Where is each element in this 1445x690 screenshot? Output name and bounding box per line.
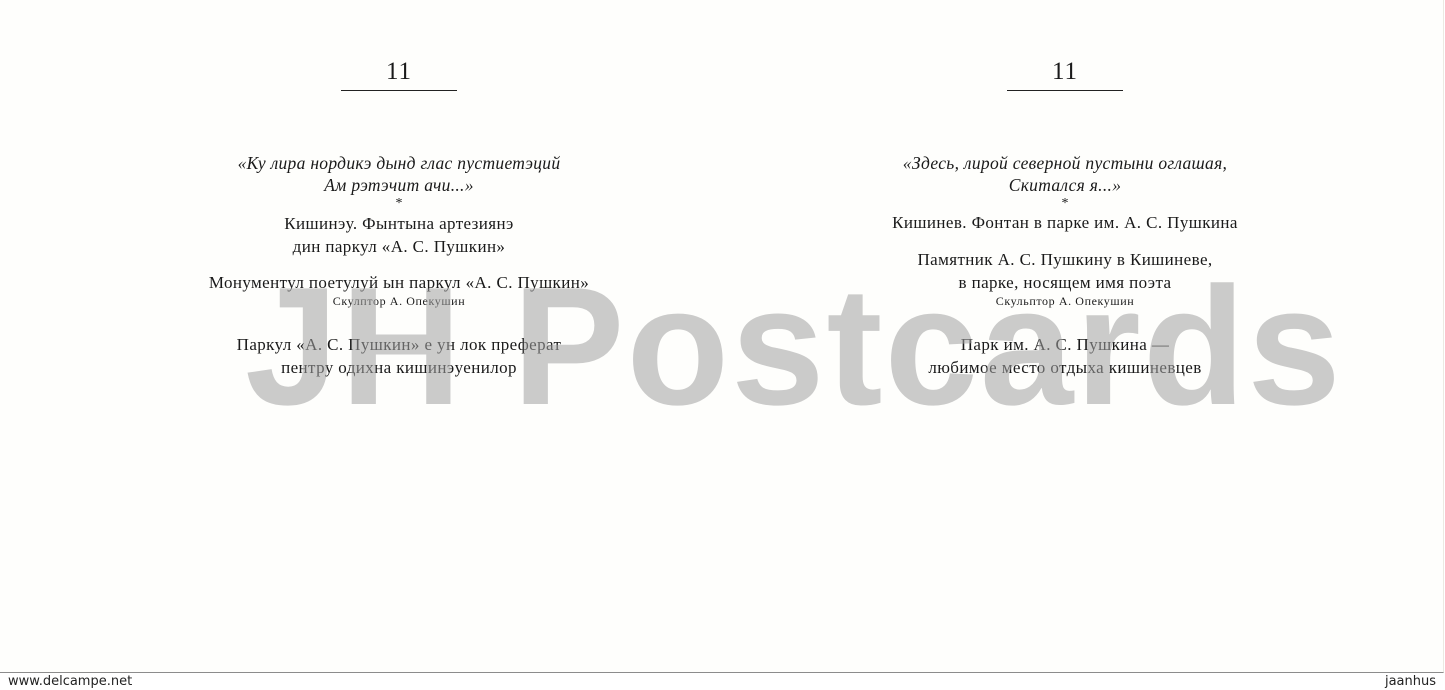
caption-line: Памятник А. С. Пушкину в Кишиневе, [765, 248, 1365, 271]
asterisk-separator: * [99, 197, 699, 211]
postcard-back: 11 «Ку лира нордикэ дынд глас пустиетэци… [0, 0, 1444, 673]
caption-monument: Памятник А. С. Пушкину в Кишиневе, в пар… [765, 248, 1365, 308]
caption-fountain: Кишинев. Фонтан в парке им. А. С. Пушкин… [765, 211, 1365, 234]
caption-line: Кишинэу. Фынтына артезиянэ [99, 212, 699, 235]
caption-line: в парке, носящем имя поэта [765, 271, 1365, 294]
poem-quote: «Ку лира нордикэ дынд глас пустиетэций А… [99, 152, 699, 196]
sculptor-credit: Скульптор А. Опекушин [765, 294, 1365, 308]
caption-line: Парк им. А. С. Пушкина — [765, 333, 1365, 356]
quote-line: «Здесь, лирой северной пустыни оглашая, [765, 152, 1365, 174]
quote-line: Скитался я...» [765, 174, 1365, 196]
caption-line: Монументул поетулуй ын паркул «А. С. Пуш… [99, 271, 699, 294]
quote-line: Ам рэтэчит ачи...» [99, 174, 699, 196]
caption-line: любимое место отдыха кишиневцев [765, 356, 1365, 379]
seller-name-label: jaanhus [1385, 674, 1436, 690]
caption-line: дин паркул «А. С. Пушкин» [99, 235, 699, 258]
caption-line: Паркул «А. С. Пушкин» е ун лок преферат [99, 333, 699, 356]
caption-park: Паркул «А. С. Пушкин» е ун лок преферат … [99, 333, 699, 379]
poem-quote: «Здесь, лирой северной пустыни оглашая, … [765, 152, 1365, 196]
source-site-label: www.delcampe.net [8, 674, 132, 690]
caption-monument: Монументул поетулуй ын паркул «А. С. Пуш… [99, 271, 699, 308]
asterisk-separator: * [765, 197, 1365, 211]
caption-line: пентру одихна кишинэуенилор [99, 356, 699, 379]
page-number: 11 [765, 58, 1365, 86]
caption-line: Кишинев. Фонтан в парке им. А. С. Пушкин… [765, 211, 1365, 234]
page-number: 11 [99, 58, 699, 86]
sculptor-credit: Скулптор А. Опекушин [99, 294, 699, 308]
caption-fountain: Кишинэу. Фынтына артезиянэ дин паркул «А… [99, 212, 699, 258]
page-number-rule [341, 90, 457, 91]
page-number-rule [1007, 90, 1123, 91]
caption-park: Парк им. А. С. Пушкина — любимое место о… [765, 333, 1365, 379]
quote-line: «Ку лира нордикэ дынд глас пустиетэций [99, 152, 699, 174]
